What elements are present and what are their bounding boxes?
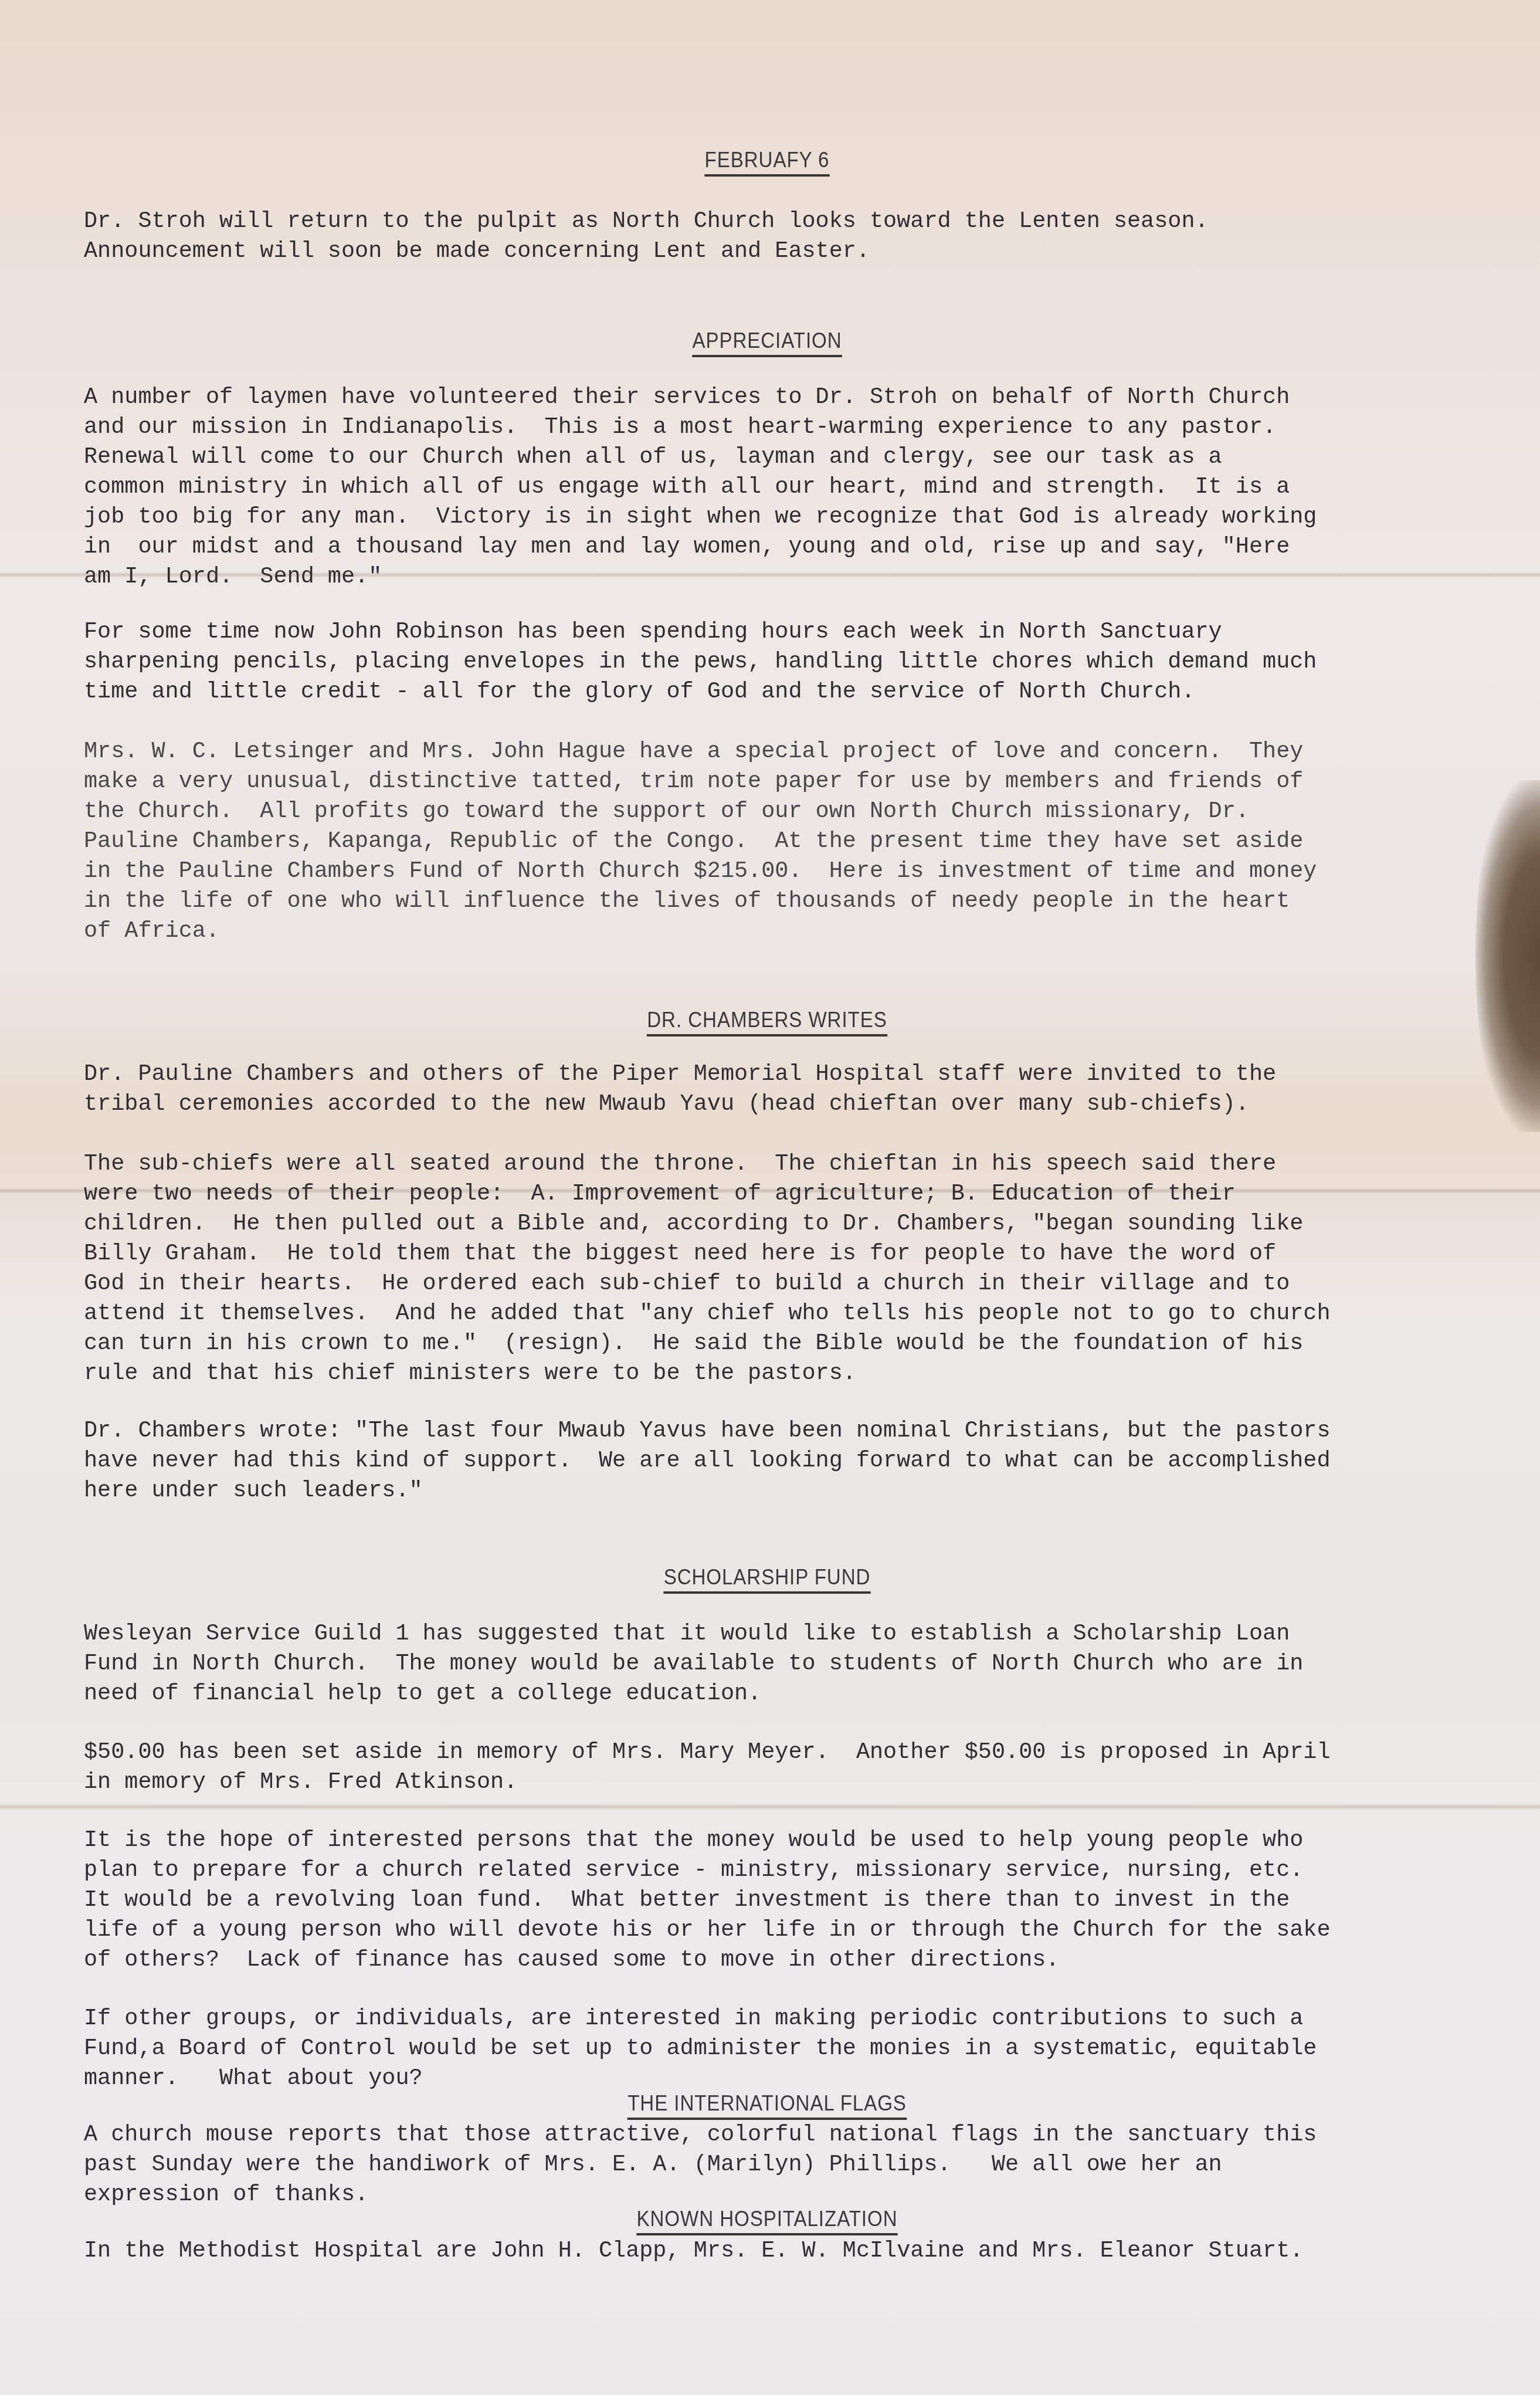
heading-text: DR. CHAMBERS WRITES (647, 1008, 887, 1036)
section-heading-february-6: FEBRUAFY 6 (138, 148, 1396, 172)
paragraph-hope-young-people: It is the hope of interested persons tha… (84, 1825, 1450, 1975)
paragraph-tribal-ceremonies: Dr. Pauline Chambers and others of the P… (84, 1059, 1450, 1119)
section-heading-international-flags: THE INTERNATIONAL FLAGS (138, 2091, 1396, 2116)
paragraph-john-robinson: For some time now John Robinson has been… (84, 617, 1450, 707)
paragraph-sub-chiefs: The sub-chiefs were all seated around th… (84, 1149, 1450, 1388)
heading-text: KNOWN HOSPITALIZATION (636, 2207, 897, 2235)
paragraph-laymen: A number of laymen have volunteered thei… (84, 382, 1450, 592)
heading-text: APPRECIATION (692, 328, 842, 357)
heading-text: SCHOLARSHIP FUND (664, 1565, 871, 1594)
section-heading-known-hospitalization: KNOWN HOSPITALIZATION (138, 2207, 1396, 2231)
paragraph-methodist-hospital: In the Methodist Hospital are John H. Cl… (84, 2236, 1450, 2266)
heading-text: FEBRUAFY 6 (705, 148, 830, 177)
section-heading-scholarship-fund: SCHOLARSHIP FUND (138, 1565, 1396, 1590)
paragraph-letsinger-hague: Mrs. W. C. Letsinger and Mrs. John Hague… (84, 737, 1450, 946)
heading-text: THE INTERNATIONAL FLAGS (627, 2091, 907, 2120)
paper-fold-line (0, 1804, 1540, 1810)
section-heading-appreciation: APPRECIATION (138, 328, 1396, 353)
paragraph-chambers-quote: Dr. Chambers wrote: "The last four Mwaub… (84, 1416, 1450, 1506)
paragraph-other-groups: If other groups, or individuals, are int… (84, 2004, 1450, 2093)
paragraph-stroh-return: Dr. Stroh will return to the pulpit as N… (84, 206, 1450, 266)
section-heading-dr-chambers-writes: DR. CHAMBERS WRITES (138, 1008, 1396, 1032)
paragraph-wesleyan-guild: Wesleyan Service Guild 1 has suggested t… (84, 1619, 1450, 1709)
paragraph-memorial-gifts: $50.00 has been set aside in memory of M… (84, 1737, 1450, 1797)
water-stain (1475, 780, 1540, 1132)
paragraph-church-mouse: A church mouse reports that those attrac… (84, 2120, 1450, 2210)
